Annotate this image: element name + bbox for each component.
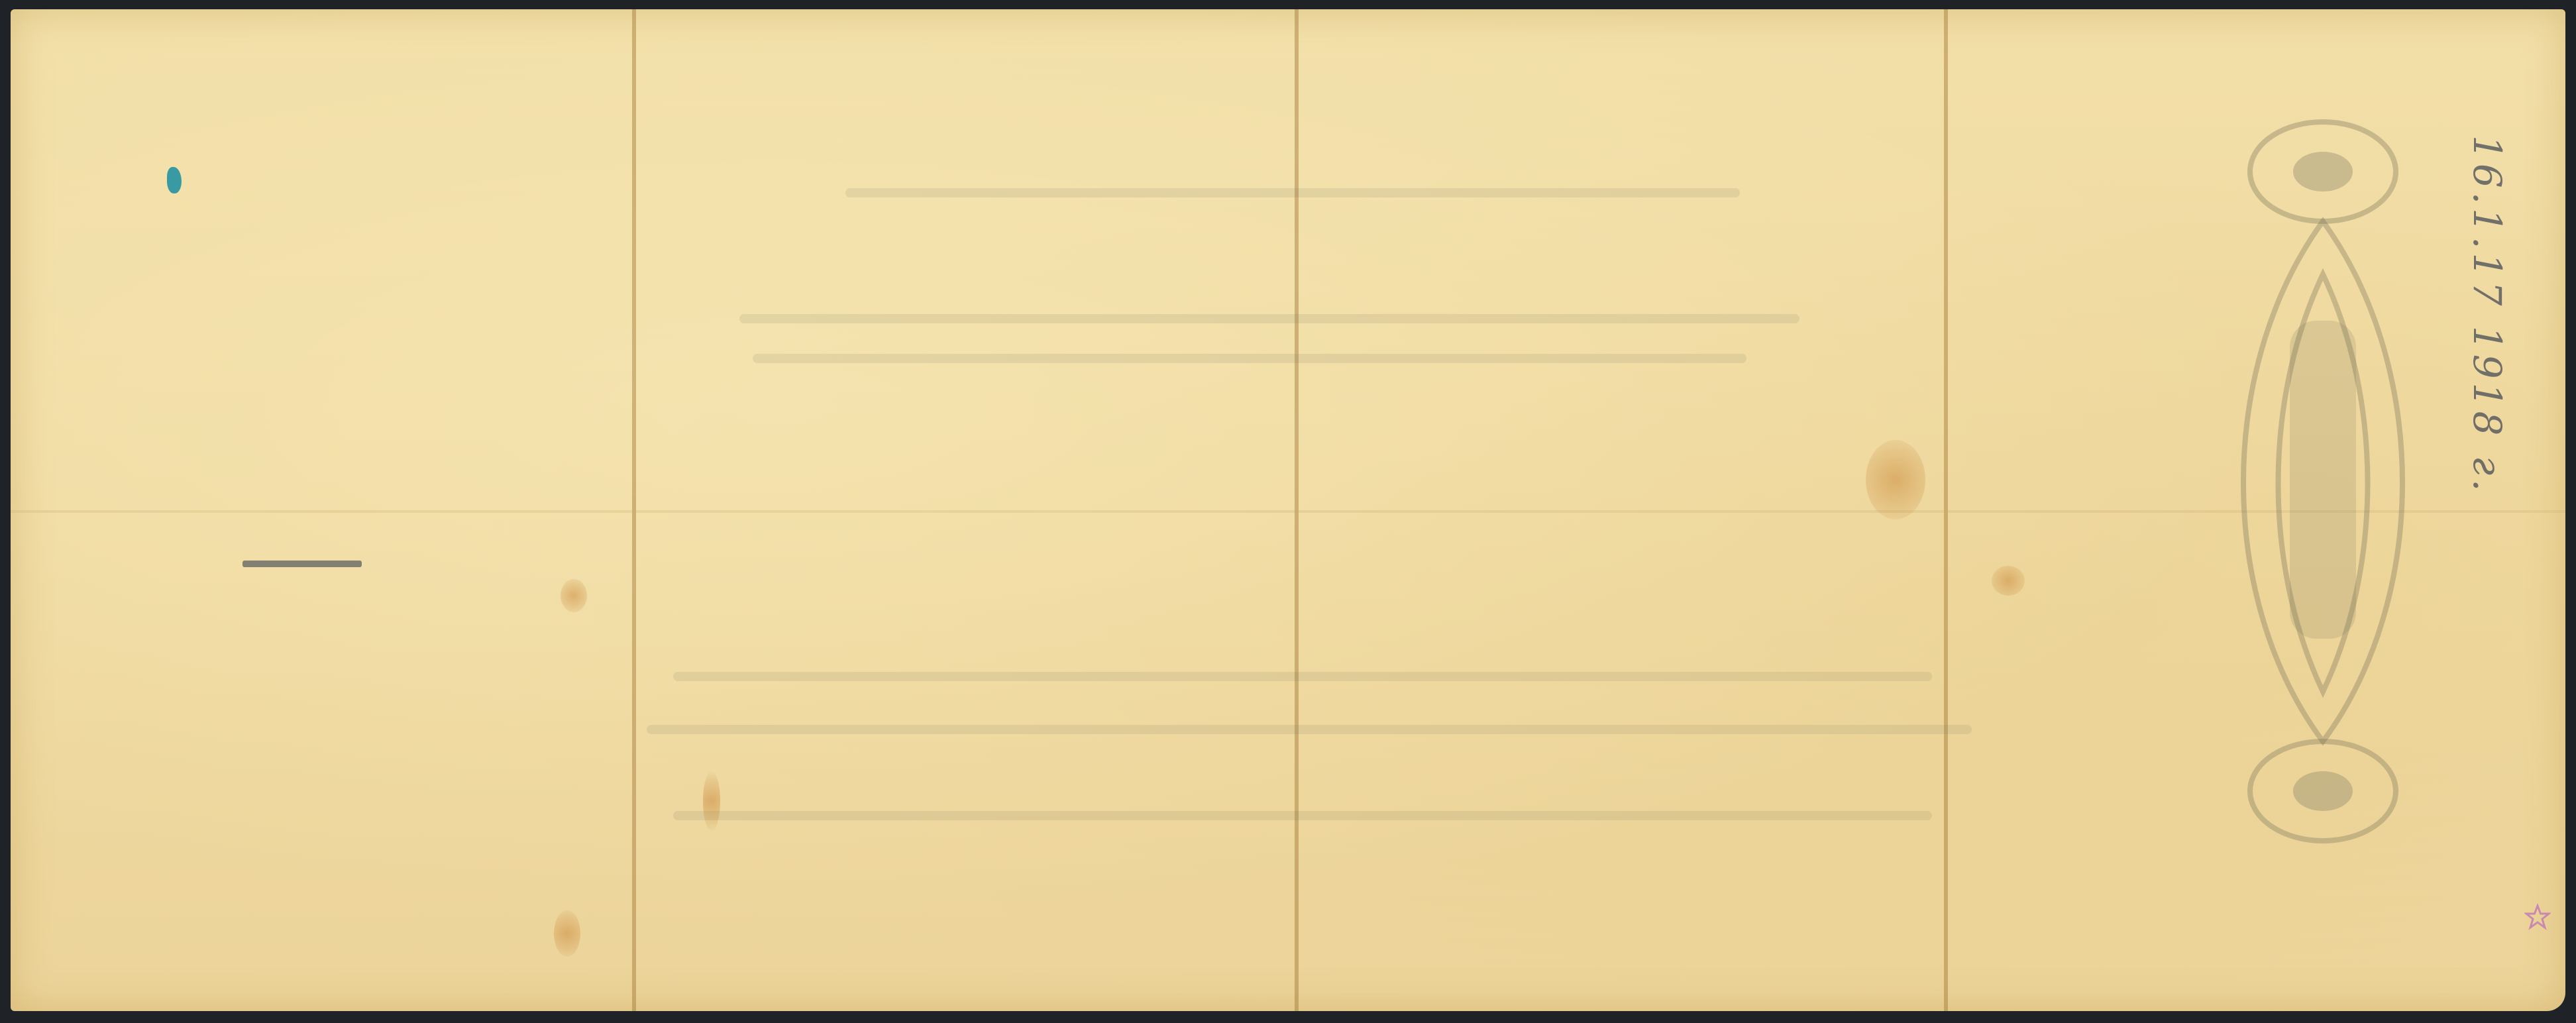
- document-sheet: 16.1.17 1918 г.: [11, 9, 2565, 1011]
- watermark-ornament-icon: [2190, 102, 2455, 864]
- pencil-date-note: 16.1.17 1918 г.: [2465, 135, 2510, 496]
- bleed-through-text: [673, 811, 1932, 820]
- rust-stain: [561, 579, 587, 612]
- bleed-through-text: [673, 672, 1932, 681]
- bleed-through-text: [647, 725, 1972, 734]
- rust-stain: [703, 771, 720, 831]
- rust-stain: [1866, 440, 1925, 519]
- rust-stain: [554, 910, 580, 957]
- ink-smudge: [242, 561, 362, 567]
- horizontal-fold: [11, 510, 2565, 513]
- teal-ink-spot: [167, 167, 182, 193]
- star-stamp-icon: [2524, 904, 2551, 930]
- bleed-through-text: [845, 188, 1740, 197]
- bleed-through-text: [753, 354, 1746, 363]
- bleed-through-text: [739, 314, 1799, 323]
- rust-stain: [1992, 566, 2025, 596]
